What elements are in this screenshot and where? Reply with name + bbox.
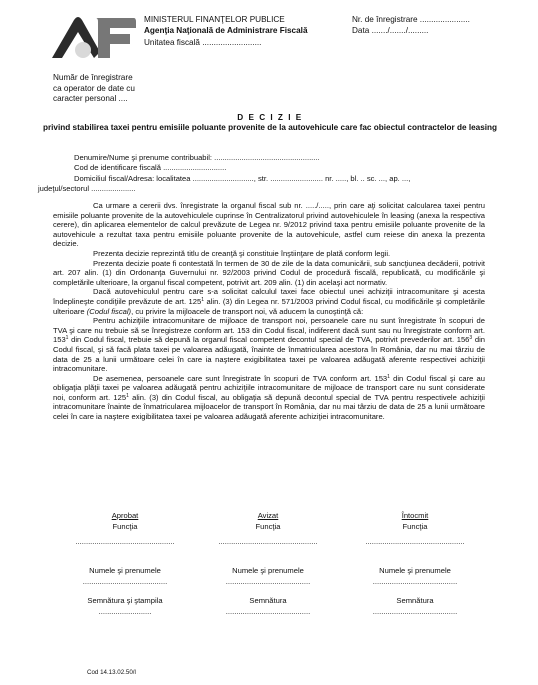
title-subtitle: privind stabilirea taxei pentru emisiile…: [30, 123, 510, 133]
title-main: D E C I Z I E: [30, 113, 510, 123]
fiscal-unit: Unitatea fiscală .......................…: [144, 37, 308, 48]
signature-line: ........................................…: [350, 537, 480, 548]
paragraph: Ca urmare a cererii dvs. înregistrate la…: [53, 201, 485, 249]
af-logo: [50, 14, 136, 60]
operator-note-line: caracter personal ....: [53, 94, 183, 105]
agency-name: Agenţia Naţională de Administrare Fiscal…: [144, 25, 308, 36]
signature-line: ........................................: [60, 577, 190, 588]
signature-line: .........................: [60, 607, 190, 618]
operator-note-line: Număr de înregistrare: [53, 73, 183, 84]
form-code: Cod 14.13.02.50/l: [87, 669, 136, 677]
signature-sign-label: Semnătura şi ştampila: [60, 596, 190, 607]
signature-role: Avizat: [203, 511, 333, 522]
paragraph: Prezenta decizie poate fi contestată în …: [53, 259, 485, 288]
signature-name-label: Numele şi prenumele: [203, 566, 333, 577]
signature-line: ........................................: [350, 577, 480, 588]
operator-note: Număr de înregistrare ca operator de dat…: [53, 73, 183, 105]
paragraph: Dacă autovehiculul pentru care s-a solic…: [53, 287, 485, 316]
signature-line: ........................................…: [60, 537, 190, 548]
signature-sign-label: Semnătura: [350, 596, 480, 607]
signature-line: ........................................: [350, 607, 480, 618]
ministry-name: MINISTERUL FINANŢELOR PUBLICE: [144, 14, 308, 25]
taxpayer-county: judeţul/sectorul .....................: [38, 184, 508, 194]
signature-line: ........................................: [203, 577, 333, 588]
signature-sign-label: Semnătura: [203, 596, 333, 607]
institution-header: MINISTERUL FINANŢELOR PUBLICE Agenţia Na…: [144, 14, 308, 48]
paragraph: De asemenea, persoanele care sunt înregi…: [53, 374, 485, 422]
taxpayer-identification: Denumire/Nume şi prenume contribuabil: .…: [38, 153, 508, 194]
operator-note-line: ca operator de date cu: [53, 84, 183, 95]
signature-prepared: Întocmit Funcţia .......................…: [350, 511, 480, 618]
paragraph: Pentru achiziţiile intracomunitare de mi…: [53, 316, 485, 374]
signature-function: Funcţia: [60, 522, 190, 533]
taxpayer-address: Domiciliul fiscal/Adresa: localitatea ..…: [38, 174, 508, 184]
signature-function: Funcţia: [203, 522, 333, 533]
signature-line: ........................................…: [203, 537, 333, 548]
signature-name-label: Numele şi prenumele: [60, 566, 190, 577]
registration-block: Nr. de înregistrare ....................…: [352, 14, 470, 37]
paragraph: Prezenta decizie reprezintă titlu de cre…: [53, 249, 485, 259]
signature-role: Întocmit: [350, 511, 480, 522]
taxpayer-name: Denumire/Nume şi prenume contribuabil: .…: [38, 153, 508, 163]
signature-endorsed: Avizat Funcţia .........................…: [203, 511, 333, 618]
signature-name-label: Numele şi prenumele: [350, 566, 480, 577]
taxpayer-cif: Cod de identificare fiscală ............…: [38, 163, 508, 173]
signature-role: Aprobat: [60, 511, 190, 522]
signature-function: Funcţia: [350, 522, 480, 533]
registration-date: Data ......./......./.........: [352, 25, 470, 36]
document-title: D E C I Z I E privind stabilirea taxei p…: [30, 113, 510, 134]
registration-number: Nr. de înregistrare ....................…: [352, 14, 470, 25]
signature-line: ........................................: [203, 607, 333, 618]
decision-body: Ca urmare a cererii dvs. înregistrate la…: [53, 201, 485, 422]
signature-approved: Aprobat Funcţia ........................…: [60, 511, 190, 618]
